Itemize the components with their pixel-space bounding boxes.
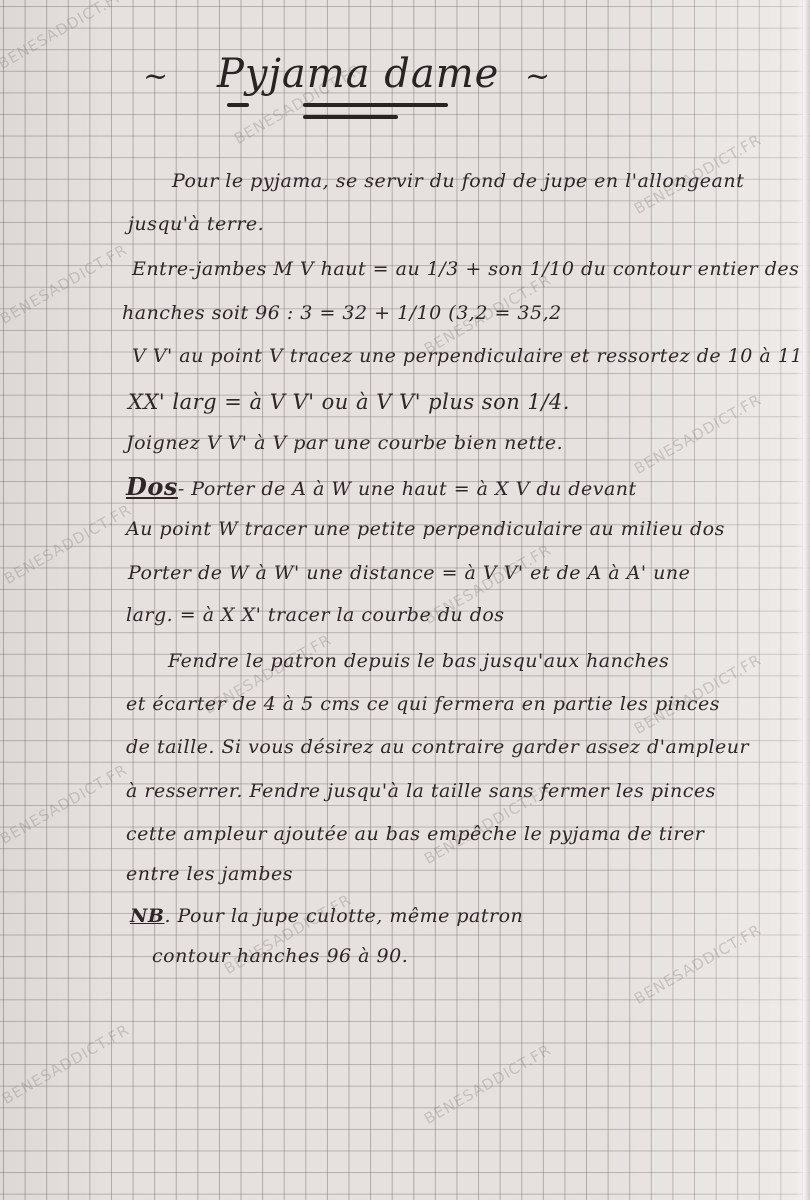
text-line: cette ampleur ajoutée au bas empêche le … [126,823,704,845]
title-underline [303,103,448,107]
text-line: Pour le pyjama, se servir du fond de jup… [172,170,744,192]
text-line-content: - Porter de A à W une haut = à X V du de… [178,478,637,500]
text-line: et écarter de 4 à 5 cms ce qui fermera e… [126,693,720,715]
section-label-dos: Dos [126,472,178,501]
watermark: BENESADDICT.FR [0,0,128,73]
text-line: de taille. Si vous désirez au contraire … [126,736,749,758]
text-line: V V' au point V tracez une perpendiculai… [132,345,810,367]
text-line: contour hanches 96 à 90. [152,945,408,967]
page-title: Pyjama dame [217,51,499,97]
text-line: Au point W tracer une petite perpendicul… [126,518,725,540]
title-block: ~ Pyjama dame ~ [165,45,565,115]
title-tilde-left: ~ [143,59,168,94]
watermark: BENESADDICT.FR [0,241,130,328]
text-line: Porter de W à W' une distance = à V V' e… [128,562,690,584]
text-line-dos: Dos- Porter de A à W une haut = à X V du… [126,472,637,501]
graph-paper-page: BENESADDICT.FR BENESADDICT.FR BENESADDIC… [0,0,810,1200]
watermark: BENESADDICT.FR [631,921,764,1008]
text-line: Fendre le patron depuis le bas jusqu'aux… [168,650,669,672]
title-tilde-right: ~ [525,59,550,94]
watermark: BENESADDICT.FR [0,761,130,848]
text-line-content: . Pour la jupe culotte, même patron [164,905,523,927]
page-edge [796,0,810,1200]
watermark: BENESADDICT.FR [631,391,764,478]
text-line: XX' larg = à V V' ou à V V' plus son 1/4… [128,390,570,414]
text-line-nb: NB. Pour la jupe culotte, même patron [130,905,523,927]
text-line: Entre-jambes M V haut = au 1/3 + son 1/1… [132,258,799,280]
text-line: Joignez V V' à V par une courbe bien net… [126,432,563,454]
watermark: BENESADDICT.FR [1,501,134,588]
watermark: BENESADDICT.FR [421,1041,554,1128]
section-label-nb: NB [130,905,164,927]
text-line: larg. = à X X' tracer la courbe du dos [126,604,505,626]
title-underline [227,103,249,107]
watermark: BENESADDICT.FR [0,1021,132,1108]
text-line: à resserrer. Fendre jusqu'à la taille sa… [126,780,716,802]
title-underline [303,115,398,119]
text-line: entre les jambes [126,863,293,885]
text-line: hanches soit 96 : 3 = 32 + 1/10 (3,2 = 3… [122,302,562,324]
text-line: jusqu'à terre. [128,213,264,235]
